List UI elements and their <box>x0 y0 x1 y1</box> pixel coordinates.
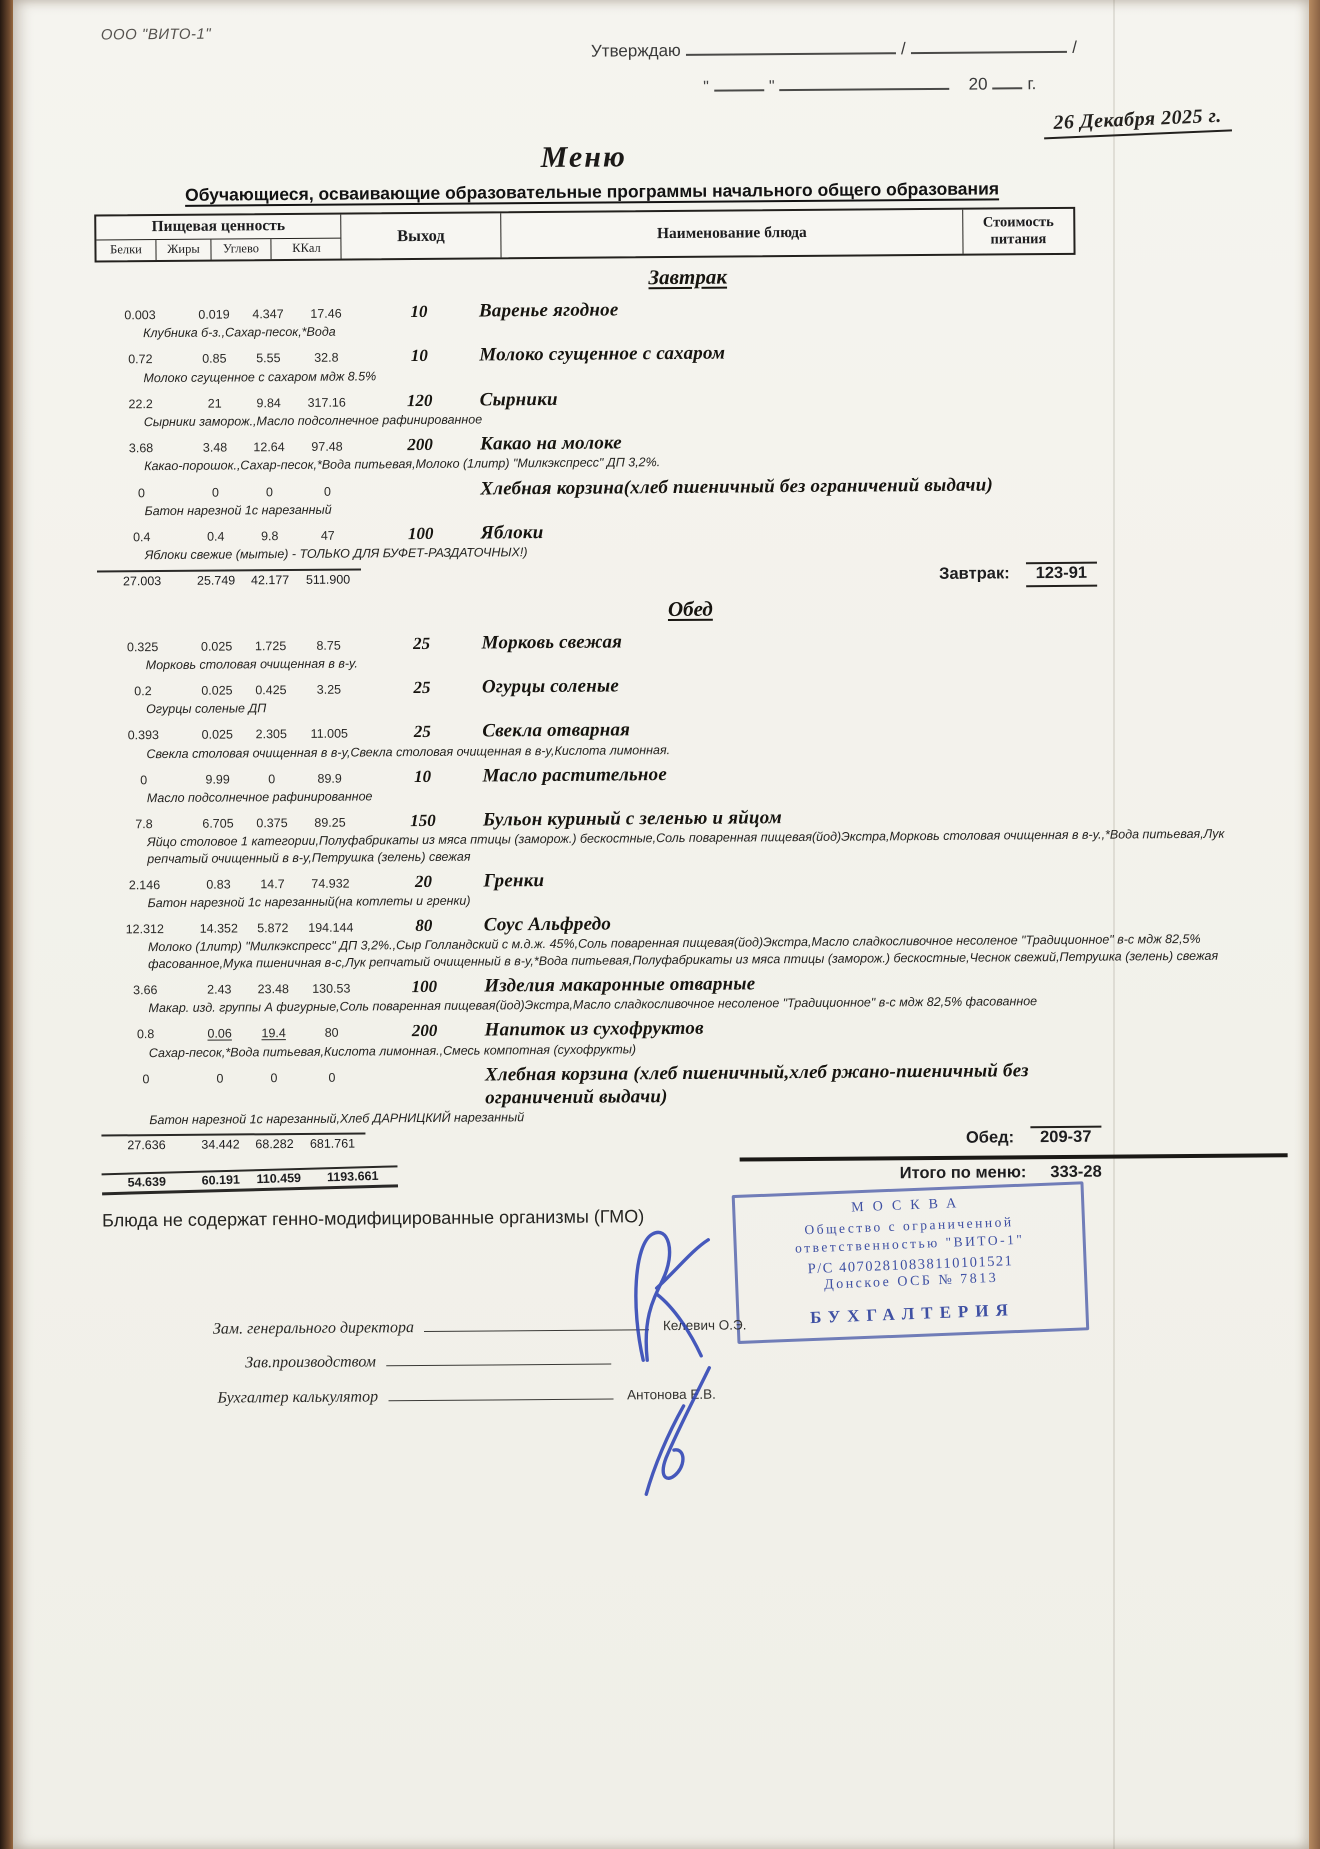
value-output <box>360 494 480 495</box>
value-carbs: 4.347 <box>243 307 293 323</box>
value-output: 200 <box>365 1021 485 1042</box>
menu-row: 0.72 0.85 5.55 32.8 10 Молоко сгущенное … <box>95 338 1263 387</box>
total-carbs: 68.282 <box>249 1137 299 1151</box>
scan-edge-left <box>0 0 13 1849</box>
value-kcal: 3.25 <box>296 682 362 698</box>
approval-block: Утверждаю / / " " 20 г. <box>591 35 1077 98</box>
document-page: ООО "ВИТО-1" Утверждаю / / " " 20 г. <box>13 0 1309 1849</box>
value-fat: 14.352 <box>190 922 248 938</box>
value-fat: 0.025 <box>188 728 246 744</box>
menu-row: 0.8 0.06 19.4 80 200 Напиток из сухофрук… <box>101 1013 1269 1062</box>
menu-row: 0 9.99 0 89.9 10 Масло растительное Масл… <box>99 758 1267 807</box>
value-protein: 0.393 <box>98 728 188 744</box>
value-protein: 7.8 <box>99 817 189 833</box>
year-prefix: 20 <box>969 75 988 95</box>
approval-line-1: Утверждаю / / <box>591 35 1077 62</box>
total-protein: 27.003 <box>97 573 187 588</box>
value-carbs: 1.725 <box>246 639 296 655</box>
value-protein: 12.312 <box>100 922 190 938</box>
signature-label: Зам. генерального директора <box>213 1319 414 1339</box>
section-total-nutrition: 27.003 25.749 42.177 511.900 <box>97 568 361 588</box>
quote-mark: " <box>769 78 775 96</box>
value-kcal: 11.005 <box>296 727 362 743</box>
month-blank-line <box>779 72 949 91</box>
year-blank-line <box>992 71 1022 89</box>
value-carbs: 14.7 <box>247 877 297 893</box>
section-title: Обед <box>200 593 1180 626</box>
section-total-nutrition: 27.636 34.442 68.282 681.761 <box>101 1133 365 1153</box>
value-protein: 0 <box>101 1072 191 1088</box>
column-fat: Жиры <box>156 240 211 260</box>
signature-label: Бухгалтер калькулятор <box>217 1388 378 1407</box>
value-carbs: 5.872 <box>248 921 298 937</box>
value-carbs: 0 <box>247 772 297 788</box>
grand-total-fat: 60.191 <box>192 1173 250 1189</box>
gmo-note: Блюда не содержат генно-модифицированные… <box>102 1202 1270 1232</box>
menu-row: 0.003 0.019 4.347 17.46 10 Варенье ягодн… <box>95 293 1263 342</box>
value-carbs: 23.48 <box>248 982 298 998</box>
document-header: ООО "ВИТО-1" Утверждаю / / " " 20 г. <box>93 9 1263 214</box>
scan-edge-right <box>1309 0 1320 1849</box>
quote-mark: " <box>703 79 709 97</box>
value-protein: 0.4 <box>97 530 187 546</box>
value-carbs: 9.8 <box>245 529 295 545</box>
grand-total-row: 54.639 60.191 110.459 1193.661 Итого по … <box>102 1162 1270 1193</box>
value-protein: 0.325 <box>98 639 188 655</box>
menu-section: Завтрак 0.003 0.019 4.347 17.46 10 Варен… <box>95 260 1266 594</box>
column-carbs: Углево <box>211 239 271 259</box>
total-fat: 34.442 <box>191 1138 249 1152</box>
menu-row: 2.146 0.83 14.7 74.932 20 Гренки Батон н… <box>99 863 1267 912</box>
value-carbs: 9.84 <box>244 396 294 412</box>
nutrition-header: Пищевая ценность <box>96 215 340 241</box>
total-kcal: 511.900 <box>295 572 361 587</box>
value-carbs: 12.64 <box>244 440 294 456</box>
grand-total-nutrition: 54.639 60.191 110.459 1193.661 <box>102 1166 398 1196</box>
value-fat: 0 <box>191 1071 249 1087</box>
value-fat: 0.025 <box>188 683 246 699</box>
menu-date: 26 Декабря 2025 г. <box>1043 104 1232 139</box>
value-fat: 0.83 <box>189 877 247 893</box>
value-output: 25 <box>362 633 482 654</box>
value-protein: 0 <box>99 773 189 789</box>
menu-section: Обед 0.325 0.025 1.725 8.75 25 Морковь с… <box>97 592 1269 1157</box>
grand-total-carbs: 110.459 <box>250 1171 308 1187</box>
value-carbs: 0 <box>244 485 294 501</box>
menu-row: 7.8 6.705 0.375 89.25 150 Бульон куриный… <box>99 803 1267 868</box>
document-title: Меню <box>94 137 1074 179</box>
value-carbs: 0.375 <box>247 816 297 832</box>
value-output: 100 <box>361 524 481 545</box>
menu-row: 3.68 3.48 12.64 97.48 200 Какао на молок… <box>96 427 1264 476</box>
value-carbs: 19.4 <box>249 1026 299 1042</box>
signature-line <box>388 1384 613 1401</box>
value-output <box>365 1080 485 1081</box>
value-protein: 0.8 <box>101 1027 191 1043</box>
value-output: 200 <box>360 435 480 456</box>
section-cost-label: Завтрак: <box>939 564 1010 584</box>
value-output: 80 <box>364 916 484 937</box>
value-carbs: 2.305 <box>246 727 296 743</box>
value-fat: 0.4 <box>187 529 245 545</box>
value-output: 100 <box>364 976 484 997</box>
value-protein: 22.2 <box>96 397 186 413</box>
menu-row: 0.325 0.025 1.725 8.75 25 Морковь свежая… <box>98 625 1266 674</box>
signature-line <box>424 1315 649 1332</box>
grand-total-kcal: 1193.661 <box>308 1169 398 1185</box>
value-output: 10 <box>359 346 479 367</box>
value-carbs: 5.55 <box>243 351 293 367</box>
document-content: ООО "ВИТО-1" Утверждаю / / " " 20 г. <box>13 0 1309 1572</box>
dish-values-line: 0 0 0 0 Хлебная корзина (хлеб пшеничный,… <box>101 1057 1269 1113</box>
total-protein: 27.636 <box>101 1138 191 1153</box>
value-output: 20 <box>363 871 483 892</box>
stamp-department: БУХГАЛТЕРИЯ <box>745 1298 1080 1331</box>
value-protein: 0.72 <box>95 352 185 368</box>
menu-row: 0 0 0 0 Хлебная корзина (хлеб пшеничный,… <box>101 1057 1269 1129</box>
signature-row: Бухгалтер калькулятор Антонова Е.В. <box>213 1383 747 1408</box>
grand-total-label: Итого по меню: <box>900 1164 1027 1184</box>
menu-sections: Завтрак 0.003 0.019 4.347 17.46 10 Варен… <box>95 260 1270 1157</box>
company-stamp: МОСКВА Общество с ограниченной ответстве… <box>732 1182 1090 1345</box>
value-kcal: 47 <box>295 529 361 545</box>
nutrition-subcolumns: Белки Жиры Углево ККал <box>96 239 340 261</box>
value-kcal: 8.75 <box>296 638 362 654</box>
section-cost: Завтрак: 123-91 <box>939 561 1097 587</box>
menu-row: 0 0 0 0 Хлебная корзина(хлеб пшеничный б… <box>96 471 1264 520</box>
value-kcal: 89.25 <box>297 816 363 832</box>
signature-name: Келевич О.Э. <box>663 1317 747 1333</box>
year-suffix: г. <box>1027 74 1036 94</box>
section-rows: 0.325 0.025 1.725 8.75 25 Морковь свежая… <box>98 625 1270 1129</box>
organization-name: ООО "ВИТО-1" <box>101 26 212 44</box>
table-header: Пищевая ценность Белки Жиры Углево ККал … <box>94 207 1075 263</box>
menu-row: 12.312 14.352 5.872 194.144 80 Соус Альф… <box>100 908 1268 973</box>
total-fat: 25.749 <box>187 573 245 587</box>
grand-total-protein: 54.639 <box>102 1174 192 1190</box>
section-cost-label: Обед: <box>966 1129 1014 1148</box>
slash-separator: / <box>1072 38 1077 58</box>
slash-separator: / <box>901 39 906 59</box>
column-nutrition: Пищевая ценность Белки Жиры Углево ККал <box>96 215 341 261</box>
value-fat: 2.43 <box>190 982 248 998</box>
signature-line <box>386 1349 611 1366</box>
value-kcal: 17.46 <box>293 306 359 322</box>
value-fat: 21 <box>186 396 244 412</box>
signature-row: Зав.производством <box>213 1348 747 1373</box>
value-protein: 0.003 <box>95 308 185 324</box>
value-kcal: 194.144 <box>298 921 364 937</box>
value-fat: 0.019 <box>185 307 243 323</box>
value-fat: 0.06 <box>191 1027 249 1043</box>
document-footer: Блюда не содержат генно-модифицированные… <box>102 1202 1273 1571</box>
value-fat: 3.48 <box>186 441 244 457</box>
menu-row: 3.66 2.43 23.48 130.53 100 Изделия макар… <box>100 968 1268 1017</box>
signature-blank-line <box>686 36 896 56</box>
menu-row: 0.393 0.025 2.305 11.005 25 Свекла отвар… <box>98 714 1266 763</box>
value-fat: 0.85 <box>185 352 243 368</box>
signatures-block: Зам. генерального директора Келевич О.Э.… <box>213 1314 747 1421</box>
signature-row: Зам. генерального директора Келевич О.Э. <box>213 1314 747 1339</box>
total-carbs: 42.177 <box>245 573 295 587</box>
dish-name: Хлебная корзина (хлеб пшеничный,хлеб ржа… <box>485 1058 1125 1109</box>
value-protein: 0.2 <box>98 684 188 700</box>
totals-rule <box>740 1154 1288 1162</box>
value-carbs: 0 <box>249 1071 299 1087</box>
value-fat: 9.99 <box>189 772 247 788</box>
value-output: 25 <box>362 722 482 743</box>
value-output: 10 <box>359 302 479 323</box>
value-output: 10 <box>363 766 483 787</box>
section-totals: 27.003 25.749 42.177 511.900 Завтрак: 12… <box>97 560 1265 594</box>
value-protein: 0 <box>96 486 186 502</box>
day-blank-line <box>714 73 764 92</box>
value-kcal: 74.932 <box>297 876 363 892</box>
section-rows: 0.003 0.019 4.347 17.46 10 Варенье ягодн… <box>95 293 1265 564</box>
section-cost-value: 209-37 <box>1030 1126 1102 1150</box>
section-totals: 27.636 34.442 68.282 681.761 Обед: 209-3… <box>101 1125 1269 1157</box>
value-output: 25 <box>362 677 482 698</box>
value-fat: 0 <box>186 485 244 501</box>
value-kcal: 32.8 <box>293 351 359 367</box>
value-output: 120 <box>360 390 480 411</box>
column-protein: Белки <box>96 240 156 260</box>
menu-row: 0.2 0.025 0.425 3.25 25 Огурцы соленые О… <box>98 669 1266 718</box>
column-cost: Стоимость питания <box>963 209 1073 254</box>
section-cost: Обед: 209-37 <box>966 1126 1102 1150</box>
section-cost-value: 123-91 <box>1026 561 1098 587</box>
menu-row: 22.2 21 9.84 317.16 120 Сырники Сырники … <box>96 382 1264 431</box>
total-kcal: 681.761 <box>299 1137 365 1152</box>
value-kcal: 0 <box>294 484 360 500</box>
menu-row: 0.4 0.4 9.8 47 100 Яблоки Яблоки свежие … <box>97 515 1265 564</box>
value-kcal: 80 <box>299 1026 365 1042</box>
value-protein: 2.146 <box>99 878 189 894</box>
value-carbs: 0.425 <box>246 683 296 699</box>
section-title: Завтрак <box>198 261 1178 294</box>
signature-label: Зав.производством <box>245 1354 376 1373</box>
value-fat: 6.705 <box>189 817 247 833</box>
value-kcal: 317.16 <box>294 395 360 411</box>
value-kcal: 97.48 <box>294 440 360 456</box>
approval-line-2: " " 20 г. <box>591 71 1077 98</box>
value-kcal: 0 <box>299 1070 365 1086</box>
value-kcal: 89.9 <box>297 771 363 787</box>
column-kcal: ККал <box>271 239 341 260</box>
signature-blank-line <box>911 35 1068 54</box>
column-dish-name: Наименование блюда <box>501 210 963 258</box>
value-output: 150 <box>363 811 483 832</box>
column-output: Выход <box>341 213 501 258</box>
signature-name: Антонова Е.В. <box>627 1386 716 1402</box>
document-subtitle: Обучающиеся, осваивающие образовательные… <box>94 178 1090 207</box>
value-protein: 3.66 <box>100 983 190 999</box>
value-fat: 0.025 <box>188 639 246 655</box>
value-kcal: 130.53 <box>298 981 364 997</box>
approve-label: Утверждаю <box>591 41 681 62</box>
value-protein: 3.68 <box>96 441 186 457</box>
